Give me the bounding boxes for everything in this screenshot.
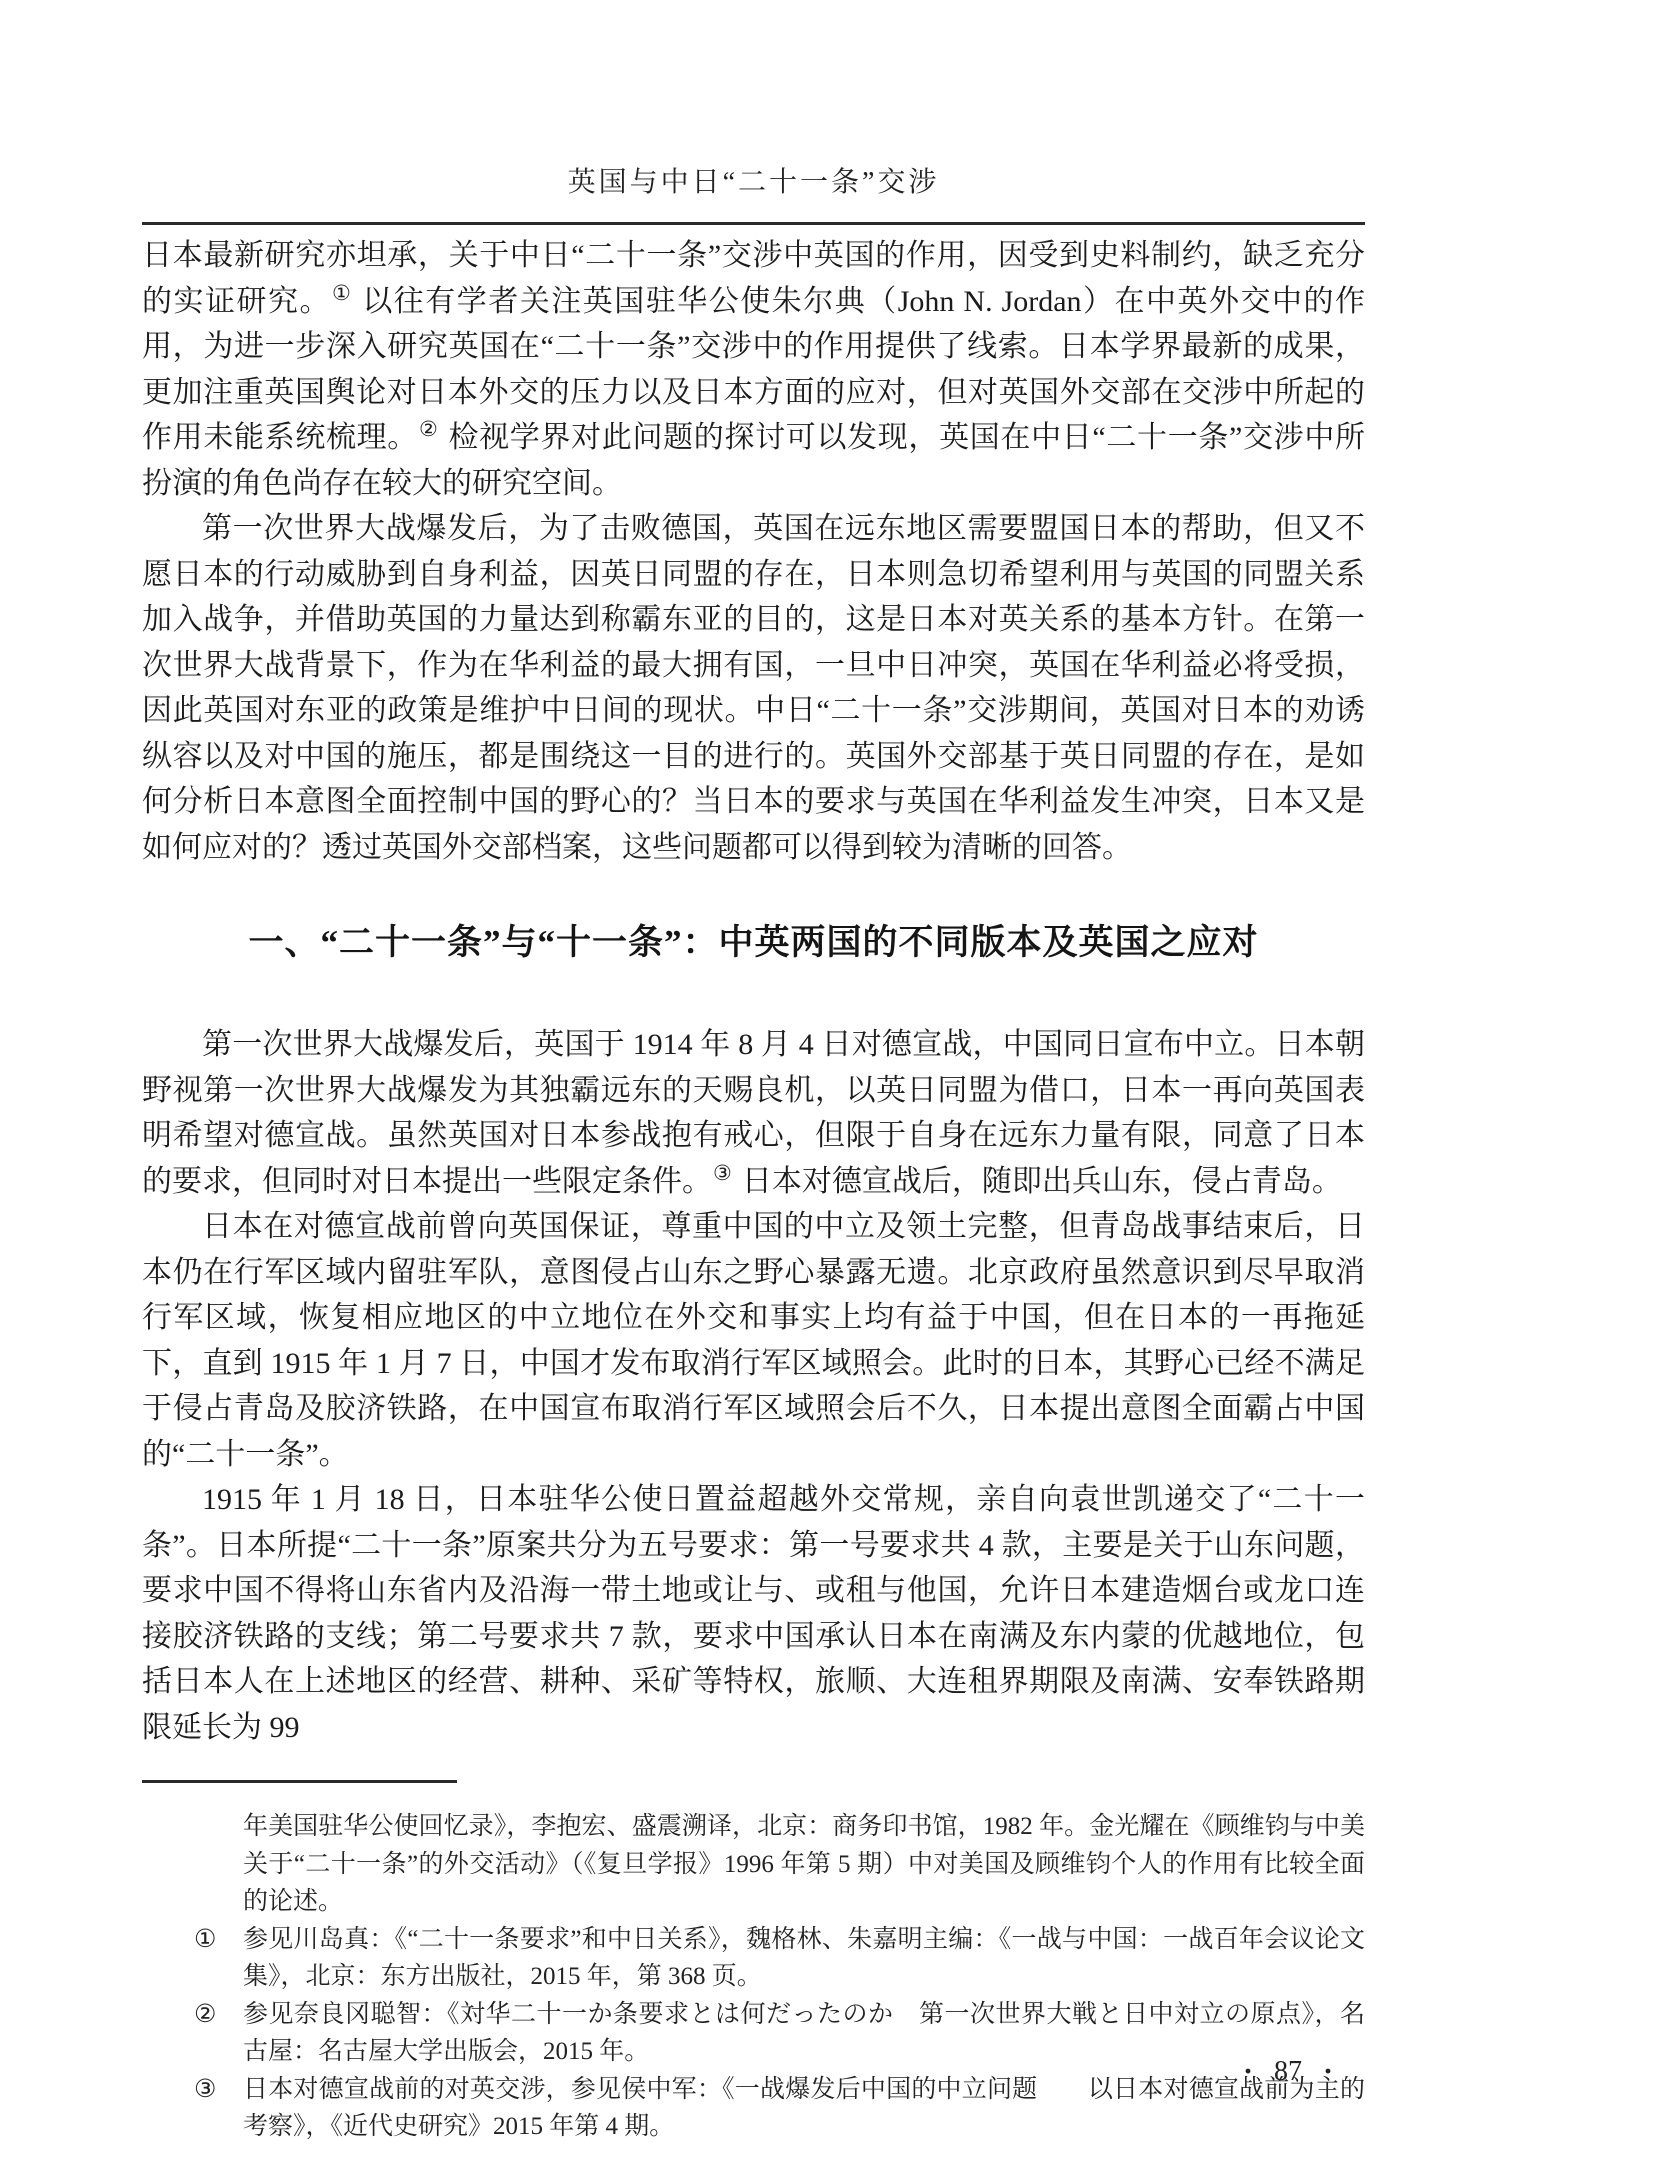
section-heading: 一、“二十一条”与“十一条”：中英两国的不同版本及英国之应对 <box>142 922 1365 964</box>
paragraph: 日本在对德宣战前曾向英国保证，尊重中国的中立及领土完整，但青岛战事结束后，日本仍… <box>142 1204 1365 1477</box>
footnote-ref: ② <box>419 417 439 441</box>
footnote-separator <box>142 1780 457 1783</box>
footnote-ref: ① <box>332 281 352 305</box>
paragraphs-before-heading: 日本最新研究亦坦承，关于中日“二十一条”交涉中英国的作用，因受到史料制约，缺乏充… <box>142 233 1365 870</box>
paragraph: 第一次世界大战爆发后，为了击败德国，英国在远东地区需要盟国日本的帮助，但又不愿日… <box>142 506 1365 870</box>
article-body: 日本最新研究亦坦承，关于中日“二十一条”交涉中英国的作用，因受到史料制约，缺乏充… <box>142 233 1365 2146</box>
text-run: 日本对德宣战后，随即出兵山东，侵占青岛。 <box>742 1165 1342 1198</box>
header-rule <box>142 222 1365 225</box>
footnote-ref: ③ <box>713 1161 732 1185</box>
footnote-continuation: 年美国驻华公使回忆录》，李抱宏、盛震溯译，北京：商务印书馆，1982 年。金光耀… <box>142 1808 1365 1921</box>
text-run: 日本在对德宣战前曾向英国保证，尊重中国的中立及领土完整，但青岛战事结束后，日本仍… <box>142 1210 1365 1471</box>
page-number-value: 87 <box>1274 2056 1302 2088</box>
paragraph: 第一次世界大战爆发后，英国于 1914 年 8 月 4 日对德宣战，中国同日宣布… <box>142 1022 1365 1204</box>
paragraph: 日本最新研究亦坦承，关于中日“二十一条”交涉中英国的作用，因受到史料制约，缺乏充… <box>142 233 1365 506</box>
page-number-right-dot: · <box>1323 2057 1333 2087</box>
text-run: 1915 年 1 月 18 日，日本驻华公使日置益超越外交常规，亲自向袁世凯递交… <box>142 1483 1365 1744</box>
footnote-marker: ① <box>194 1921 236 1959</box>
text-run: 第一次世界大战爆发后，为了击败德国，英国在远东地区需要盟国日本的帮助，但又不愿日… <box>142 512 1365 864</box>
document-page: 英国与中日“二十一条”交涉 日本最新研究亦坦承，关于中日“二十一条”交涉中英国的… <box>0 0 1654 2166</box>
paragraphs-after-heading: 第一次世界大战爆发后，英国于 1914 年 8 月 4 日对德宣战，中国同日宣布… <box>142 1022 1365 1750</box>
paragraph: 1915 年 1 月 18 日，日本驻华公使日置益超越外交常规，亲自向袁世凯递交… <box>142 1477 1365 1750</box>
journal-running-header: 英国与中日“二十一条”交涉 <box>142 160 1365 200</box>
page-number: · 87 · <box>142 2056 1365 2088</box>
footnote-text: 年美国驻华公使回忆录》，李抱宏、盛震溯译，北京：商务印书馆，1982 年。金光耀… <box>243 1813 1365 1915</box>
footnote-item: ①参见川岛真：《“二十一条要求”和中日关系》，魏格林、朱嘉明主编：《一战与中国：… <box>142 1921 1365 1996</box>
footnote-marker: ② <box>194 1996 236 2034</box>
footnote-text: 参见川岛真：《“二十一条要求”和中日关系》，魏格林、朱嘉明主编：《一战与中国：一… <box>243 1926 1365 1991</box>
footnotes: 年美国驻华公使回忆录》，李抱宏、盛震溯译，北京：商务印书馆，1982 年。金光耀… <box>142 1808 1365 2146</box>
page-number-left-dot: · <box>1243 2057 1253 2087</box>
